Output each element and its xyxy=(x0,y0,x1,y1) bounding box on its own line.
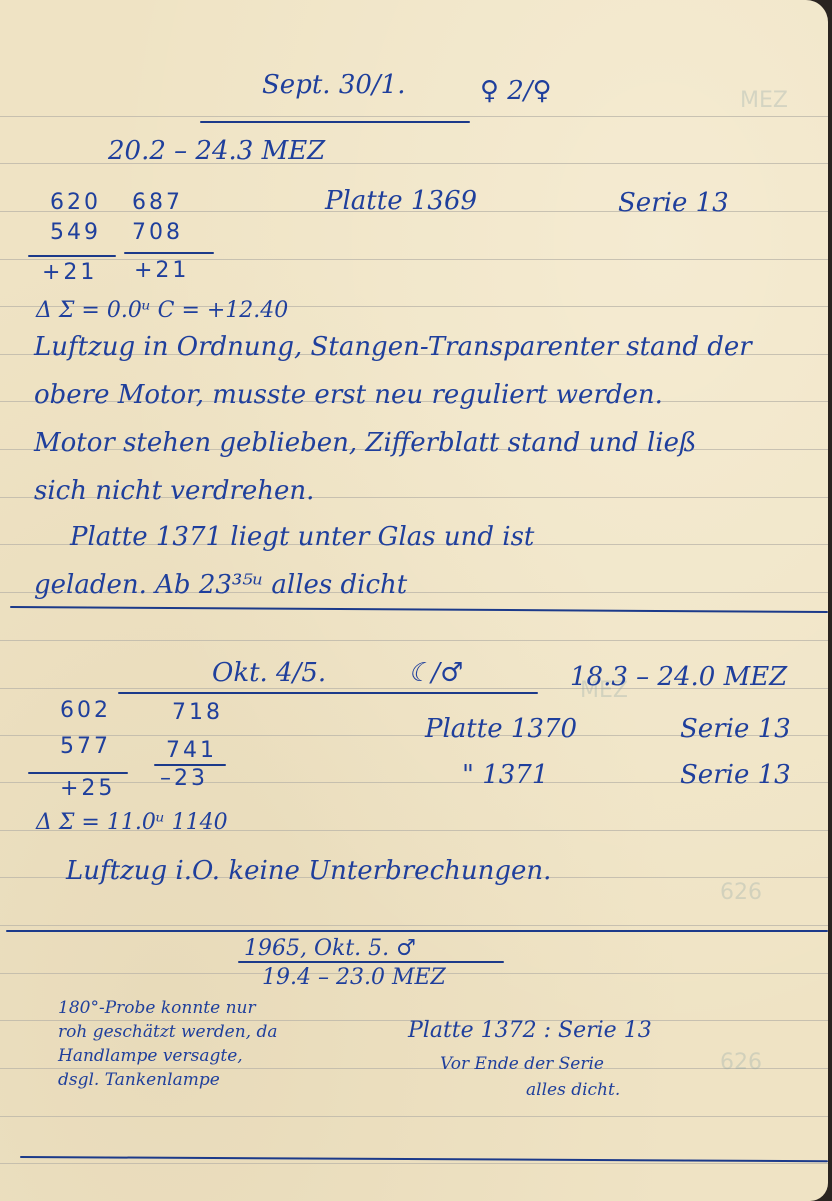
entry-divider xyxy=(6,930,828,932)
ruled-line xyxy=(0,925,828,926)
entry3-date: 1965, Okt. 5. ♂ xyxy=(244,938,416,960)
ruled-line xyxy=(0,116,828,117)
entry1-plate: Platte 1369 xyxy=(325,188,477,214)
entry2-series: Serie 13 xyxy=(680,762,791,788)
entry2-date: Okt. 4/5. xyxy=(212,660,326,686)
entry1-date: Sept. 30/1. xyxy=(262,72,405,98)
entry3-plate-line: Platte 1372 : Serie 13 xyxy=(408,1020,652,1042)
entry2-series: Serie 13 xyxy=(680,716,791,742)
date-underline xyxy=(200,121,470,123)
calc-right-2: 741 xyxy=(166,740,217,762)
entry1-delta: Δ Σ = 0.0ᵘ C = +12.40 xyxy=(36,300,288,322)
date-underline xyxy=(238,961,504,963)
entry1-note-line: Motor stehen geblieben, Zifferblatt stan… xyxy=(34,430,696,456)
calc-left-2: 577 xyxy=(60,736,111,758)
ruled-line xyxy=(0,259,828,260)
show-through-text: 626 xyxy=(720,1050,762,1075)
calc-right-result: +21 xyxy=(134,260,189,282)
ruled-line xyxy=(0,1068,828,1069)
calc-right-1: 687 xyxy=(132,192,183,214)
entry1-note-line: geladen. Ab 23³⁵ᵘ alles dicht xyxy=(34,572,407,598)
calc-right-result: –23 xyxy=(160,768,208,790)
calc-left-result: +21 xyxy=(42,262,97,284)
notebook-page: MEZ MEZ 626 626 Sept. 30/1. ♀ 2/♀ 20.2 –… xyxy=(0,0,828,1201)
entry3-note-right: Vor Ende der Serie xyxy=(440,1056,604,1073)
entry-divider xyxy=(10,606,828,613)
sum-line xyxy=(28,255,116,257)
date-underline xyxy=(118,692,538,694)
entry3-note-left: dsgl. Tankenlampe xyxy=(58,1072,220,1089)
calc-left-2: 549 xyxy=(50,222,101,244)
entry2-time-range: 18.3 – 24.0 MEZ xyxy=(570,664,787,690)
entry3-note-left: 180°-Probe konnte nur xyxy=(58,1000,256,1017)
entry1-note-line: sich nicht verdrehen. xyxy=(34,478,314,504)
entry1-planet-symbol: ♀ 2/♀ xyxy=(480,78,552,104)
entry3-note-right: alles dicht. xyxy=(526,1082,620,1099)
entry1-time-range: 20.2 – 24.3 MEZ xyxy=(108,138,325,164)
sum-line xyxy=(28,772,128,774)
calc-left-result: +25 xyxy=(60,778,115,800)
entry1-note-line: obere Motor, musste erst neu reguliert w… xyxy=(34,382,663,408)
calc-right-2: 708 xyxy=(132,222,183,244)
entry1-series: Serie 13 xyxy=(618,190,729,216)
entry3-note-left: Handlampe versagte, xyxy=(58,1048,243,1065)
entry1-note-line: Luftzug in Ordnung, Stangen-Transparente… xyxy=(34,334,752,360)
show-through-text: MEZ xyxy=(740,88,788,113)
entry3-time-range: 19.4 – 23.0 MEZ xyxy=(262,967,446,989)
show-through-text: 626 xyxy=(720,880,762,905)
ruled-line xyxy=(0,1116,828,1117)
entry3-note-left: roh geschätzt werden, da xyxy=(58,1024,277,1041)
calc-right-1: 718 xyxy=(172,702,223,724)
entry2-symbol: ☾/♂ xyxy=(408,660,463,686)
entry-divider xyxy=(20,1156,828,1162)
entry2-delta: Δ Σ = 11.0ᵘ 1140 xyxy=(36,812,228,834)
calc-left-1: 602 xyxy=(60,700,111,722)
entry2-plate: Platte 1370 xyxy=(425,716,577,742)
entry2-plate: " 1371 xyxy=(462,762,548,788)
sum-line xyxy=(124,252,214,254)
entry2-note-line: Luftzug i.O. keine Unterbrechungen. xyxy=(66,858,551,884)
ruled-line xyxy=(0,640,828,641)
ruled-line xyxy=(0,1163,828,1164)
calc-left-1: 620 xyxy=(50,192,101,214)
entry1-note-line: Platte 1371 liegt unter Glas und ist xyxy=(70,524,534,550)
